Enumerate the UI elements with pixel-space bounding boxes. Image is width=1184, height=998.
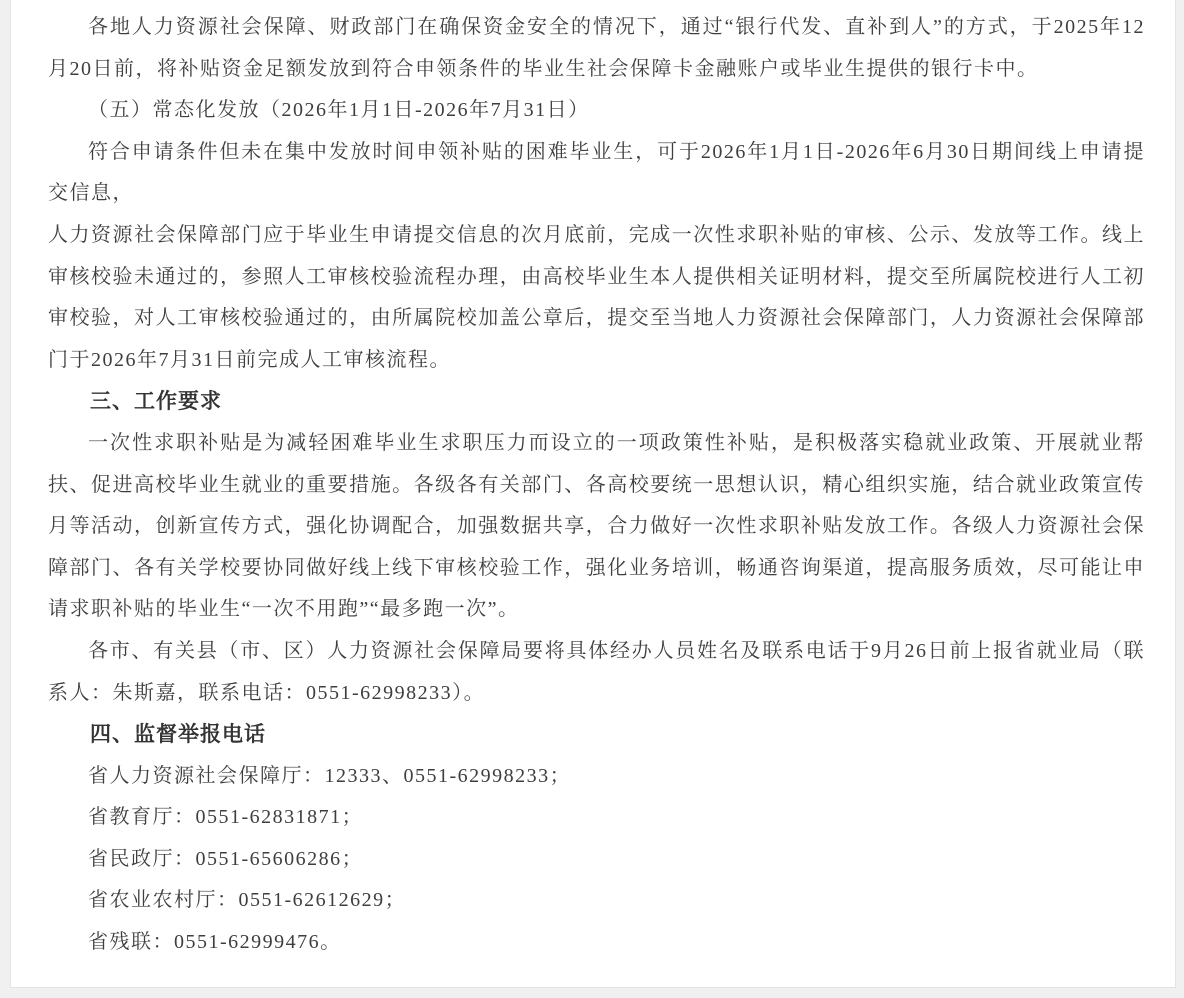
para-eligible-application: 符合申请条件但未在集中发放时间申领补贴的困难毕业生，可于2026年1月1日-20… <box>48 132 1145 215</box>
document-content: 各地人力资源社会保障、财政部门在确保资金安全的情况下，通过“银行代发、直补到人”… <box>11 0 1175 964</box>
para-policy-measures: 一次性求职补贴是为减轻困难毕业生求职压力而设立的一项政策性补贴，是积极落实稳就业… <box>48 423 1145 631</box>
document-viewport: 各地人力资源社会保障、财政部门在确保资金安全的情况下，通过“银行代发、直补到人”… <box>0 0 1184 998</box>
heading-work-requirements: 三、工作要求 <box>48 381 1145 423</box>
hotline-education: 省教育厅：0551-62831871； <box>48 797 1145 839</box>
hotline-agriculture: 省农业农村厅：0551-62612629； <box>48 880 1145 922</box>
hotline-disabled-federation: 省残联：0551-62999476。 <box>48 922 1145 964</box>
hotline-civil-affairs: 省民政厅：0551-65606286； <box>48 839 1145 881</box>
subheading-normalized-issuance: （五）常态化发放（2026年1月1日-2026年7月31日） <box>48 90 1145 132</box>
para-review-process: 人力资源社会保障部门应于毕业生申请提交信息的次月底前，完成一次性求职补贴的审核、… <box>48 215 1145 381</box>
para-contact-reporting: 各市、有关县（市、区）人力资源社会保障局要将具体经办人员姓名及联系电话于9月26… <box>48 631 1145 714</box>
para-fund-disbursement: 各地人力资源社会保障、财政部门在确保资金安全的情况下，通过“银行代发、直补到人”… <box>48 7 1145 90</box>
hotline-hr-social-security: 省人力资源社会保障厅：12333、0551-62998233； <box>48 756 1145 798</box>
document-page: 各地人力资源社会保障、财政部门在确保资金安全的情况下，通过“银行代发、直补到人”… <box>10 0 1176 988</box>
heading-supervision-hotlines: 四、监督举报电话 <box>48 714 1145 756</box>
